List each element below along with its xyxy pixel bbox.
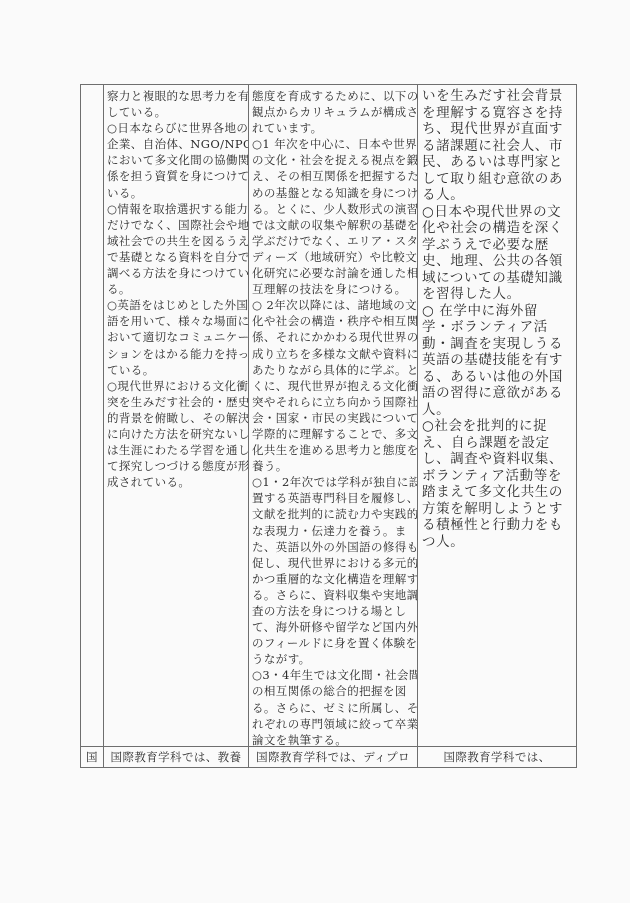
bottom-side-cell: 国 <box>81 747 104 767</box>
bottom-side-label: 国 <box>86 749 98 765</box>
policy-table: 察力と複眼的な思考力を有 している。 ○日本ならびに世界各地の 企業、自治体、N… <box>80 84 577 768</box>
main-col2-text: 態度を育成するために、以下の 観点からカリキュラムが構成さ れています。 ○1 … <box>249 85 417 747</box>
bottom-col2-text: 国際教育学科では、ディプロ <box>256 749 410 765</box>
main-col2-cell: 態度を育成するために、以下の 観点からカリキュラムが構成さ れています。 ○1 … <box>249 85 418 747</box>
bottom-col2-cell: 国際教育学科では、ディプロ <box>249 747 418 767</box>
main-col3-cell: いを生みだす社会背景 を理解する寛容さを持 ち、現代世界が直面す る諸課題に社会… <box>418 85 576 747</box>
bottom-col1-text: 国際教育学科では、教養 <box>111 749 242 765</box>
bottom-col3-cell: 国際教育学科では、 <box>418 747 576 767</box>
bottom-col3-text: 国際教育学科では、 <box>443 749 550 765</box>
main-col3-text: いを生みだす社会背景 を理解する寛容さを持 ち、現代世界が直面す る諸課題に社会… <box>418 85 576 550</box>
main-col1-text: 察力と複眼的な思考力を有 している。 ○日本ならびに世界各地の 企業、自治体、N… <box>104 85 248 490</box>
main-side-cell <box>81 85 104 747</box>
bottom-col1-cell: 国際教育学科では、教養 <box>104 747 249 767</box>
main-side-label <box>81 85 103 88</box>
main-col1-cell: 察力と複眼的な思考力を有 している。 ○日本ならびに世界各地の 企業、自治体、N… <box>104 85 249 747</box>
